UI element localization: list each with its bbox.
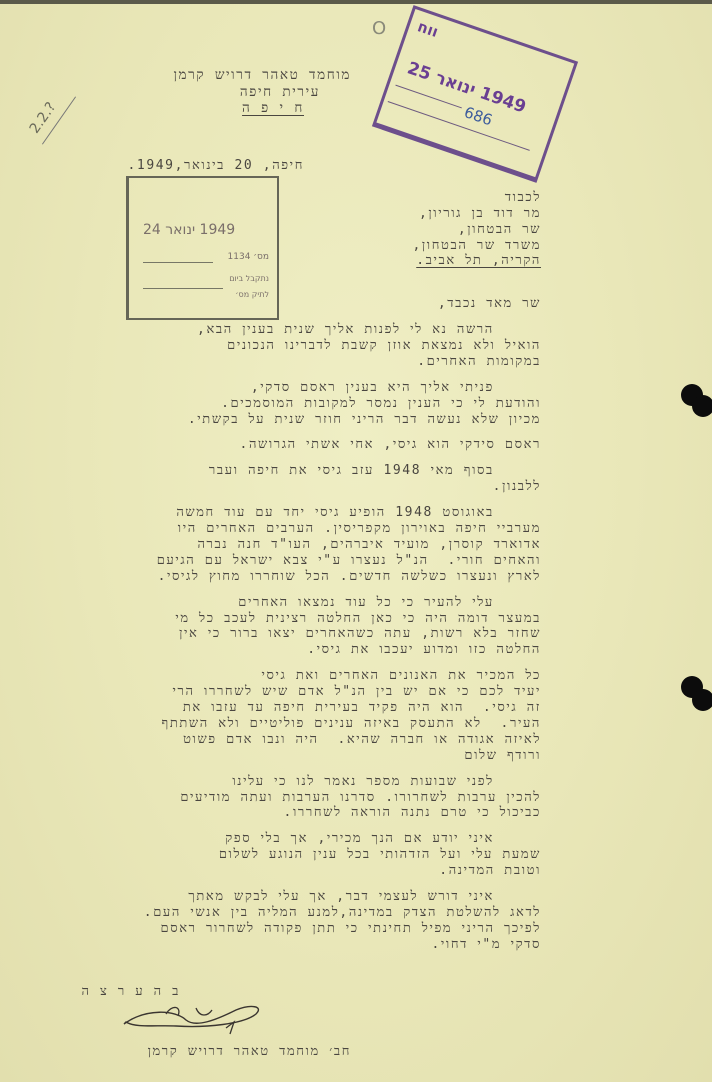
- body-line: לדאג להשלטת הצדק במדינה,למנע המליה בין א…: [144, 905, 541, 920]
- body-line: אדוארד קוסרן, מועיד איברהים, העו"ד חנה נ…: [197, 537, 541, 552]
- body-line: סדקי מ"י דחוי.: [431, 937, 541, 952]
- body-line: במעצר דומה היה כי כאן החלטה רצינית לעכב …: [175, 611, 541, 626]
- body-line: במקומות האחרים.: [417, 354, 541, 369]
- body-line: כל המכיר את האנונים האחרים ואת גיסי: [262, 668, 541, 683]
- stamp-left-rule-1: [143, 262, 213, 263]
- body-line: לפיכך הריני מפיל תחינתי כי תתן פקודה לשח…: [161, 921, 542, 936]
- stamp-left-line3: לתיק מס׳: [235, 290, 269, 299]
- stamp-left-rule-2: [143, 288, 223, 289]
- recipient-line: לכבוד: [505, 190, 541, 205]
- body-line: לפני שבועות מספר נאמר לנו כי עלינו: [232, 774, 541, 789]
- body-line: והודעת לי כי הענין נמסר למקובות המוסמכים…: [221, 396, 541, 411]
- body-line: שחזר בלא רשות, עתה כשהאחרים יצאו ברור כי…: [179, 626, 541, 641]
- body-line: שמעת עלי ועל הזדהותי בכל ענין הנוגע לשלו…: [219, 847, 541, 862]
- scanned-letter-page: מוחמד טאהר דרויש קרמן עירית חיפה ח י פ ה…: [0, 0, 712, 1082]
- body-line: כביכול כי טרם נתנה הוראה לשחררו.: [284, 805, 541, 820]
- punch-hole-1b: [692, 395, 712, 417]
- margin-pencil-note: 2.2.?: [27, 99, 60, 136]
- body-line: מכיון שלא נעשה דבר הריני חוזר שנית על בק…: [188, 412, 541, 427]
- body-line: עלי להעיר כי כל עוד נמצאו האחרים: [238, 595, 541, 610]
- recipient-line: מר דוד בן גוריון,: [419, 206, 541, 221]
- closing: ב ה ע ר צ ה: [81, 984, 180, 999]
- stamp-top-header: ווח: [415, 17, 440, 41]
- stamp-top-number: 686: [462, 103, 495, 129]
- letterhead-sender-name: מוחמד טאהר דרויש קרמן: [173, 68, 351, 83]
- body-line: וטובת המדינה.: [439, 863, 541, 878]
- letter-date: חיפה, 20 בינואר,1949.: [127, 158, 304, 173]
- body-line: ורודף שלום: [464, 748, 541, 763]
- body-line: והאחים חורי. הנ"ל נעצרו ע"י צבא ישראל עם…: [157, 553, 541, 568]
- body-line: בסוף מאי 1948 עזב גיסי את חיפה ועבר: [209, 463, 541, 478]
- scan-top-edge: [0, 0, 712, 4]
- body-line: באוגוסט 1948 הופיע גיסי יחד עם עוד חמשה: [176, 505, 541, 520]
- body-line: לאיזה אגודה או חברה שהיא. היה ונבו אדם פ…: [183, 732, 541, 747]
- stamp-left-line1: מס׳ 1134: [228, 252, 269, 262]
- pencil-circle-mark: O: [372, 18, 386, 39]
- received-stamp-top: ווח 1949 ינואר 25 686: [372, 5, 578, 183]
- body-line: העיר. לא התעסק באיזה ענינים פוליטיים ולא…: [162, 716, 541, 731]
- body-line: פניתי אליך היא בענין ראסם סדקי,: [251, 380, 541, 395]
- body-line: הרשה נא לי לפנות אליך שנית בענין הבא,: [197, 322, 541, 337]
- body-line: הואיל ולא נמצאת אוזן קשבת לדברינו הנכוני…: [227, 338, 541, 353]
- body-line: החלטה כזו ומדוע יעכבו את גיסי.: [307, 642, 541, 657]
- salutation: שר מאד נכבד,: [438, 296, 541, 311]
- body-line: איני יודע אם הנך מכירי, אך בלי ספק: [225, 831, 541, 846]
- body-line: לארץ ונעצרו כשלשה חדשים. הכל שוחררו מחוץ…: [158, 569, 541, 584]
- body-line: יעיד לכם כי אם יש בין הנ"ל אדם שיש לשחרר…: [173, 684, 541, 699]
- punch-hole-2b: [692, 689, 712, 711]
- letterhead-sender-city: ח י פ ה: [242, 101, 304, 116]
- received-stamp-left: 1949 ינואר 24 מס׳ 1134 נתקבל ביום לתיק מ…: [126, 176, 279, 320]
- signature-name: חב׳ מוחמד טאהר דרויש קרמן: [148, 1044, 351, 1059]
- stamp-left-date: 1949 ינואר 24: [143, 222, 235, 238]
- handwritten-signature: [116, 1000, 266, 1036]
- body-line: להכין ערבות לשחרורו. סדרנו הערבות ועתה מ…: [180, 790, 541, 805]
- body-line: ללבנון.: [493, 479, 541, 494]
- stamp-left-line2: נתקבל ביום: [229, 274, 269, 283]
- body-line: מערביי חיפה באוירון מקפריסין. הערבים האח…: [178, 521, 541, 536]
- letterhead-sender-org: עירית חיפה: [240, 85, 320, 100]
- body-line: ראסם סידקי הוא גיסי, אחי אשתי הגרושה.: [240, 437, 541, 452]
- body-line: זה גיסי. הוא היה פקיד בעירית חיפה עד עזב…: [183, 700, 541, 715]
- recipient-line: שר הבטחון,: [458, 222, 541, 237]
- recipient-line: הקריה, תל אביב.: [416, 253, 541, 268]
- recipient-line: משרד שר הבטחון,: [412, 238, 541, 253]
- body-line: איני דורש לעצמי דבר, אך עלי לבקש מאתך: [188, 889, 541, 904]
